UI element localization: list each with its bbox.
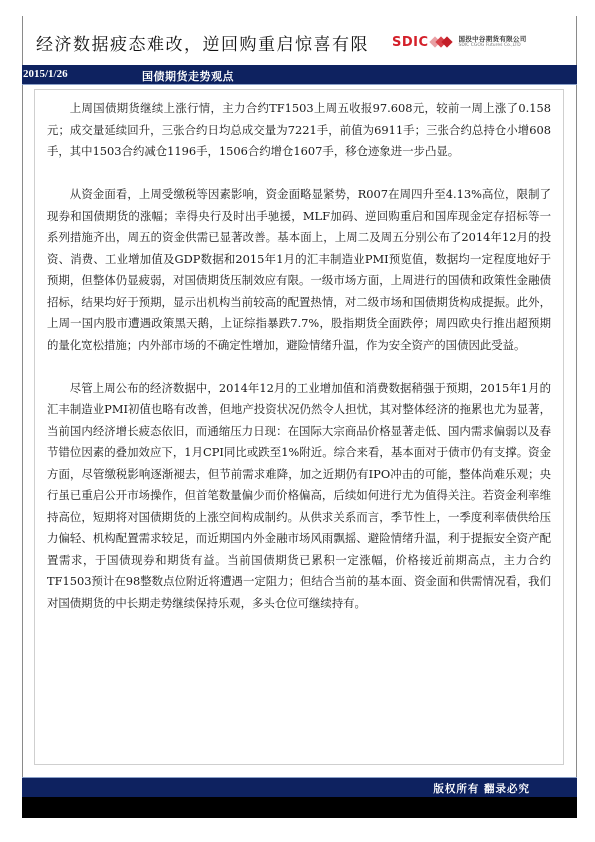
- report-topic: 国债期货走势观点: [142, 68, 234, 84]
- paragraph: 尽管上周公布的经济数据中，2014年12月的工业增加值和消费数据稍强于预期，20…: [47, 378, 551, 615]
- company-logo: SDIC 国投中谷期货有限公司 SDIC CGOG Futures Co.,LT…: [392, 34, 527, 50]
- document-title: 经济数据疲态难改，逆回购重启惊喜有限: [36, 30, 369, 55]
- paragraph: 从资金面看，上周受缴税等因素影响，资金面略显紧势，R007在周四升至4.13%高…: [47, 184, 551, 356]
- logo-company-en: SDIC CGOG Futures Co.,LTD: [459, 44, 527, 49]
- copyright-notice: 版权所有 翻录必究: [433, 781, 530, 796]
- logo-company-cn: 国投中谷期货有限公司: [459, 36, 527, 43]
- report-date: 2015/1/26: [23, 68, 68, 80]
- footer-black-bar: [22, 797, 577, 818]
- paragraph: 上周国债期货继续上涨行情，主力合约TF1503上周五收报97.608元，较前一周…: [47, 98, 551, 163]
- content-box: 上周国债期货继续上涨行情，主力合约TF1503上周五收报97.608元，较前一周…: [34, 89, 564, 765]
- logo-brand: SDIC: [392, 35, 429, 50]
- diamond-logo-icon: [433, 38, 451, 46]
- footer-band: 版权所有 翻录必究: [22, 777, 577, 797]
- header-band: 2015/1/26 国债期货走势观点: [22, 65, 577, 85]
